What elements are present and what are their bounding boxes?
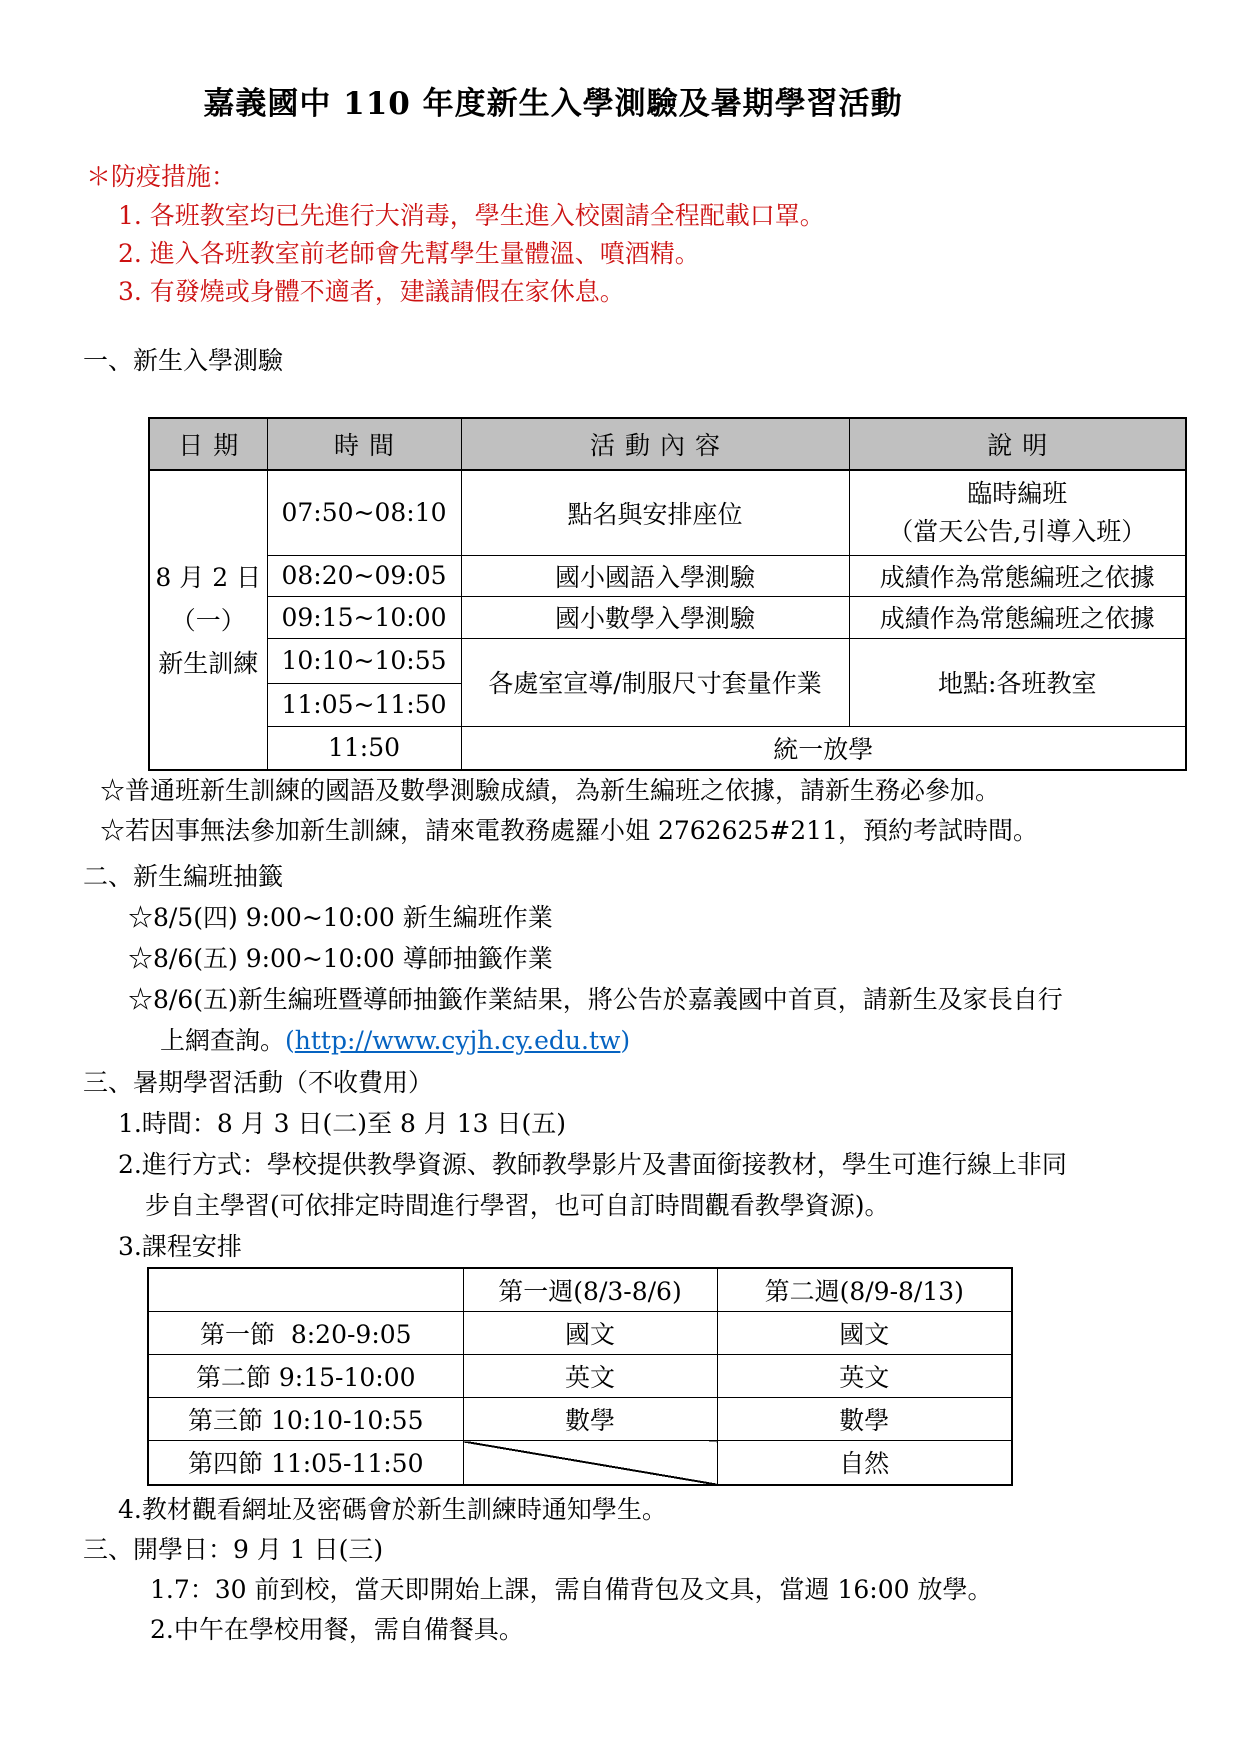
table-header-row: 日期 時間 活動內容 說明	[149, 418, 1186, 470]
entrance-test-table: 日期 時間 活動內容 說明 8 月 2 日 （一） 新生訓練 07:50~08:…	[148, 417, 1187, 771]
schedule-row: 第一節 8:20-9:05 國文 國文	[148, 1312, 1012, 1355]
remark-cell: 臨時編班 （當天公告,引導入班）	[849, 470, 1186, 555]
summer-item-materials: 4.教材觀看網址及密碼會於新生訓練時通知學生。	[118, 1490, 1241, 1530]
week2-subject-cell: 自然	[717, 1441, 1012, 1485]
lottery-item: ☆8/6(五) 9:00~10:00 導師抽籤作業	[128, 938, 1241, 979]
column-header-activity: 活動內容	[461, 418, 849, 470]
opening-day-item: 2.中午在學校用餐，需自備餐具。	[150, 1610, 1241, 1650]
section-class-lottery-heading: 二、新生編班抽籤	[83, 857, 1241, 897]
activity-cell: 國小國語入學測驗	[461, 555, 849, 596]
activity-cell-merged: 各處室宣導/制服尺寸套量作業	[461, 638, 849, 726]
week1-subject-cell: 數學	[463, 1398, 717, 1441]
date-line: 8 月 2 日	[150, 556, 267, 599]
week1-subject-cell: 英文	[463, 1355, 717, 1398]
summer-schedule-table: 第一週(8/3-8/6) 第二週(8/9-8/13) 第一節 8:20-9:05…	[147, 1267, 1013, 1486]
schedule-row: 第三節 10:10-10:55 數學 數學	[148, 1398, 1012, 1441]
time-cell: 10:10~10:55	[267, 638, 461, 683]
section-school-opening-heading: 三、開學日：9 月 1 日(三)	[83, 1530, 1241, 1570]
empty-cell-diagonal	[463, 1441, 717, 1485]
period-cell: 第三節 10:10-10:55	[148, 1398, 463, 1441]
lottery-item-continuation: 上網查詢。(http://www.cyjh.cy.edu.tw)	[160, 1020, 1241, 1061]
section-entrance-test-heading: 一、新生入學測驗	[83, 341, 1241, 381]
page-title: 嘉義國中 110 年度新生入學測驗及暑期學習活動	[83, 86, 1023, 123]
dismissal-cell: 統一放學	[461, 726, 1186, 770]
section-summer-learning-heading: 三、暑期學習活動（不收費用）	[83, 1063, 1241, 1103]
table-row: 8 月 2 日 （一） 新生訓練 07:50~08:10 點名與安排座位 臨時編…	[149, 470, 1186, 555]
summer-item-curriculum: 3.課程安排	[118, 1226, 1241, 1267]
schedule-header-row: 第一週(8/3-8/6) 第二週(8/9-8/13)	[148, 1268, 1012, 1312]
time-cell: 11:50	[267, 726, 461, 770]
time-cell: 08:20~09:05	[267, 555, 461, 596]
entrance-test-note: ☆若因事無法參加新生訓練，請來電教務處羅小姐 2762625#211，預約考試時…	[100, 811, 1241, 851]
column-header-remark: 說明	[849, 418, 1186, 470]
covid-measures-heading: ＊防疫措施：	[86, 157, 1241, 197]
entrance-test-note: ☆普通班新生訓練的國語及數學測驗成績，為新生編班之依據，請新生務必參加。	[100, 771, 1241, 811]
table-row: 08:20~09:05 國小國語入學測驗 成績作為常態編班之依據	[149, 555, 1186, 596]
table-row: 11:50 統一放學	[149, 726, 1186, 770]
remark-cell-merged: 地點:各班教室	[849, 638, 1186, 726]
activity-cell: 點名與安排座位	[461, 470, 849, 555]
week1-subject-cell: 國文	[463, 1312, 717, 1355]
schedule-row: 第四節 11:05-11:50 自然	[148, 1441, 1012, 1485]
lottery-item: ☆8/5(四) 9:00~10:00 新生編班作業	[128, 897, 1241, 938]
school-website-link[interactable]: http://www.cyjh.cy.edu.tw	[295, 1026, 621, 1055]
table-row: 09:15~10:00 國小數學入學測驗 成績作為常態編班之依據	[149, 596, 1186, 638]
week1-header: 第一週(8/3-8/6)	[463, 1268, 717, 1312]
date-line: 新生訓練	[150, 642, 267, 685]
week2-subject-cell: 英文	[717, 1355, 1012, 1398]
open-paren: (	[285, 1026, 295, 1055]
summer-item-time: 1.時間：8 月 3 日(二)至 8 月 13 日(五)	[118, 1103, 1241, 1144]
remark-line: （當天公告,引導入班）	[850, 513, 1186, 551]
period-cell: 第一節 8:20-9:05	[148, 1312, 463, 1355]
opening-day-item: 1.7：30 前到校，當天即開始上課，需自備背包及文具，當週 16:00 放學。	[150, 1570, 1241, 1610]
link-prefix-text: 上網查詢。	[160, 1026, 285, 1055]
close-paren: )	[620, 1026, 630, 1055]
remark-line: 臨時編班	[850, 475, 1186, 513]
column-header-time: 時間	[267, 418, 461, 470]
period-cell: 第四節 11:05-11:50	[148, 1441, 463, 1485]
time-cell: 09:15~10:00	[267, 596, 461, 638]
covid-measure-item: 3. 有發燒或身體不適者，建議請假在家休息。	[118, 273, 1241, 311]
week2-subject-cell: 國文	[717, 1312, 1012, 1355]
lottery-item: ☆8/6(五)新生編班暨導師抽籤作業結果，將公告於嘉義國中首頁，請新生及家長自行	[128, 979, 1241, 1020]
column-header-date: 日期	[149, 418, 267, 470]
period-cell: 第二節 9:15-10:00	[148, 1355, 463, 1398]
table-row: 10:10~10:55 各處室宣導/制服尺寸套量作業 地點:各班教室	[149, 638, 1186, 683]
week2-header: 第二週(8/9-8/13)	[717, 1268, 1012, 1312]
remark-cell: 成績作為常態編班之依據	[849, 596, 1186, 638]
schedule-row: 第二節 9:15-10:00 英文 英文	[148, 1355, 1012, 1398]
summer-item-method: 2.進行方式：學校提供教學資源、教師教學影片及書面銜接教材，學生可進行線上非同	[118, 1144, 1241, 1185]
time-cell: 07:50~08:10	[267, 470, 461, 555]
time-cell: 11:05~11:50	[267, 683, 461, 726]
date-cell: 8 月 2 日 （一） 新生訓練	[149, 470, 267, 770]
activity-cell: 國小數學入學測驗	[461, 596, 849, 638]
covid-measure-item: 2. 進入各班教室前老師會先幫學生量體溫、噴酒精。	[118, 235, 1241, 273]
date-line: （一）	[150, 599, 267, 642]
week2-subject-cell: 數學	[717, 1398, 1012, 1441]
covid-measure-item: 1. 各班教室均已先進行大消毒，學生進入校園請全程配載口罩。	[118, 197, 1241, 235]
remark-cell: 成績作為常態編班之依據	[849, 555, 1186, 596]
summer-item-method-continuation: 步自主學習(可依排定時間進行學習，也可自訂時間觀看教學資源)。	[145, 1185, 1241, 1226]
empty-header-cell	[148, 1268, 463, 1312]
